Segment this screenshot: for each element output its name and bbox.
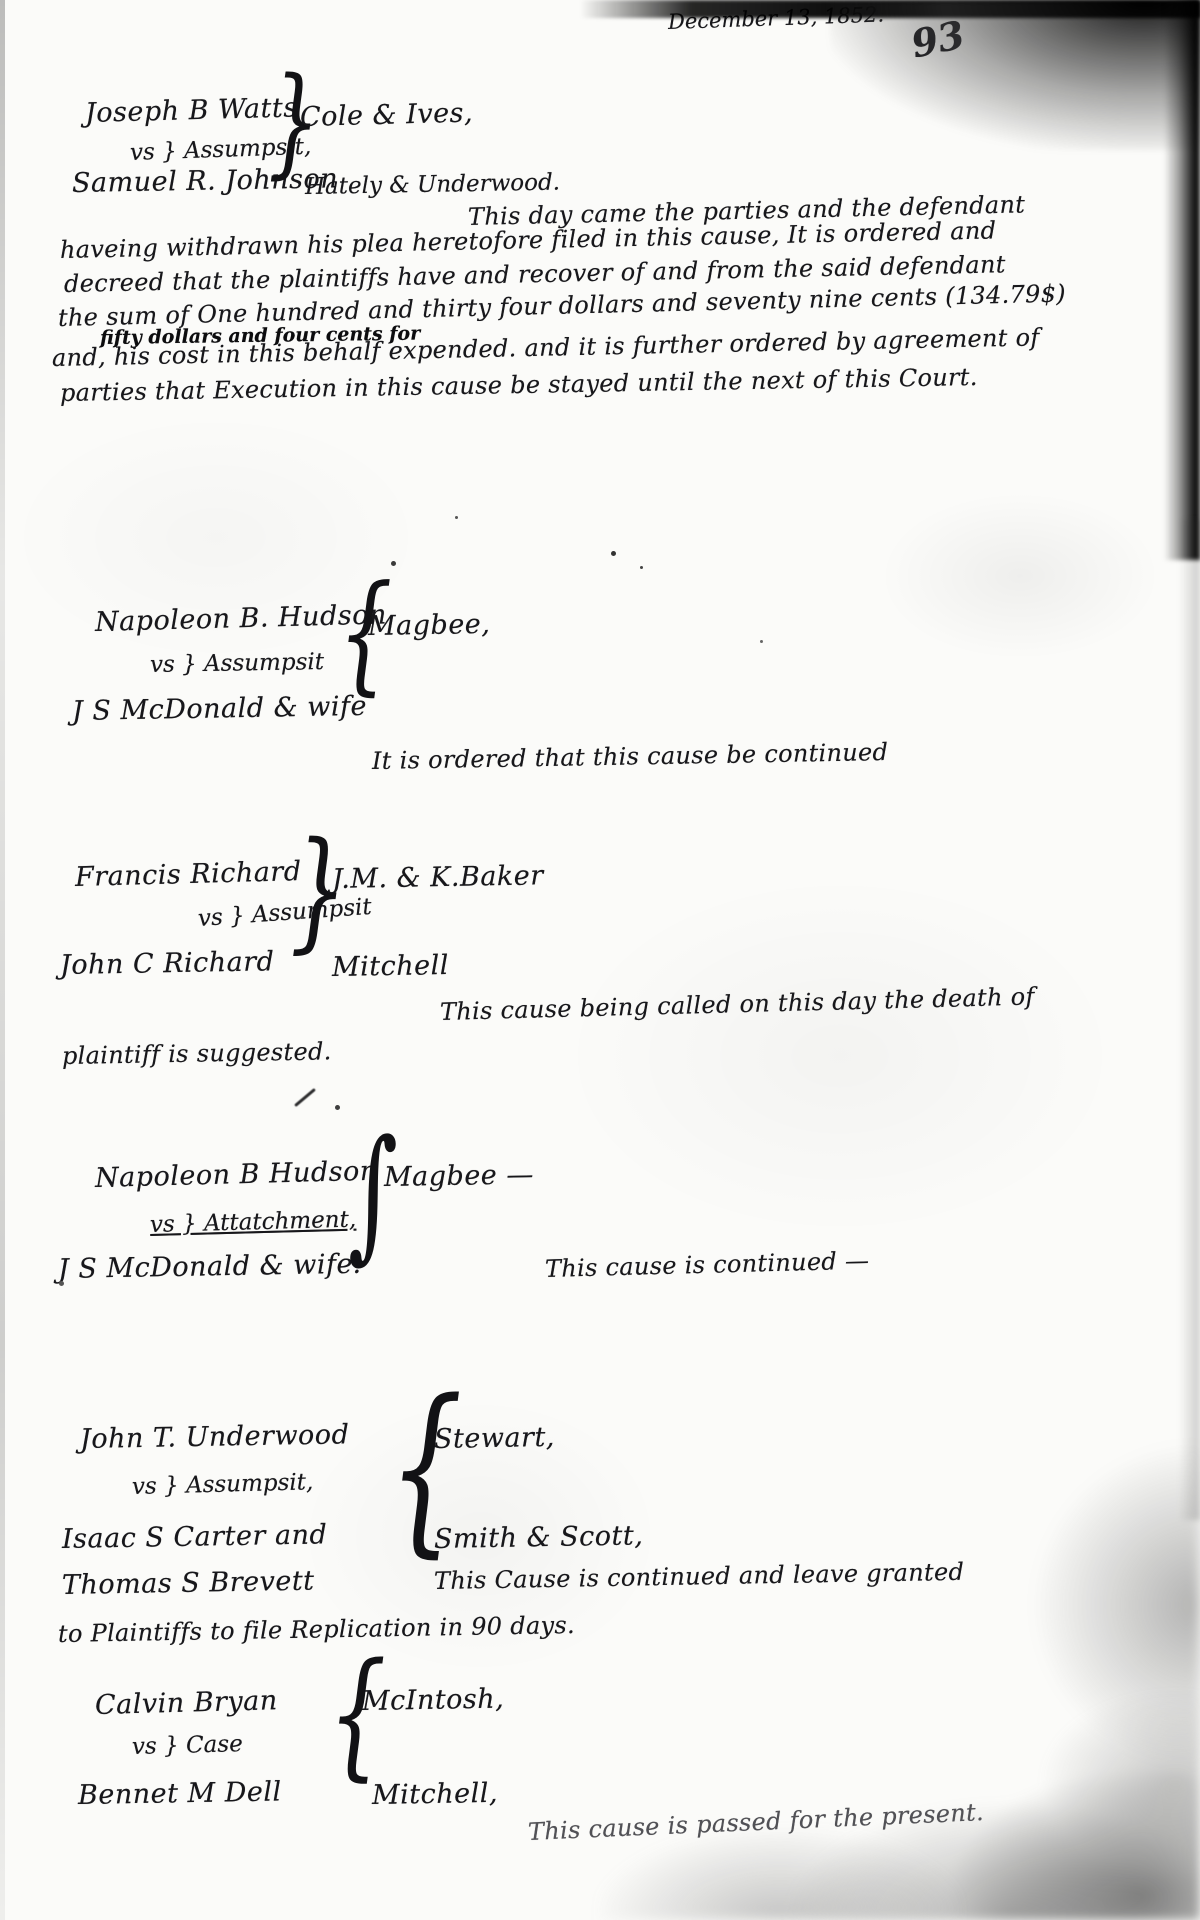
case-2-plaintiff-attorney: Magbee, <box>368 609 491 642</box>
stray-pen-mark <box>294 1088 316 1107</box>
case-4-defendant: J S McDonald & wife: <box>58 1249 363 1285</box>
case-6-order-line: This cause is passed for the present. <box>527 1798 984 1846</box>
case-1-plaintiff: Joseph B Watts <box>85 92 298 129</box>
case-4-party-brace: ∫ <box>348 1128 398 1258</box>
scan-bottom-right-stain <box>720 1610 1200 1920</box>
page-number: 93 <box>907 11 968 66</box>
case-5-defendant-attorney: Smith & Scott, <box>434 1520 644 1555</box>
case-2-defendant: J S McDonald & wife <box>72 691 367 727</box>
case-5-defendant: Isaac S Carter and <box>62 1519 328 1555</box>
case-5-defendant-2: Thomas S Brevett <box>62 1566 315 1601</box>
case-1-defendant-attorney: Hately & Underwood. <box>305 170 560 200</box>
date-line: December 13, 1852. <box>668 2 885 34</box>
case-5-plaintiff: John T. Underwood <box>80 1419 350 1455</box>
case-3-order-line: plaintiff is suggested. <box>62 1037 332 1070</box>
case-4-plaintiff-attorney: Magbee — <box>384 1159 534 1193</box>
case-2-versus-action: vs } Assumpsit <box>150 649 324 678</box>
case-6-versus-action: vs } Case <box>132 1731 243 1760</box>
case-3-defendant-attorney: Mitchell <box>332 950 449 983</box>
case-5-order-line: to Plaintiffs to file Replication in 90 … <box>58 1611 575 1648</box>
case-4-order-line: This cause is continued — <box>545 1247 870 1283</box>
case-2-order-line: It is ordered that this cause be continu… <box>372 738 889 775</box>
case-3-order-line: This cause being called on this day the … <box>440 982 1035 1026</box>
case-6-plaintiff: Calvin Bryan <box>95 1685 278 1721</box>
case-4-plaintiff: Napoleon B Hudson <box>95 1156 378 1194</box>
scan-right-faint-shadow <box>1174 520 1200 1520</box>
scan-corner-blotch <box>830 0 1200 150</box>
case-1-order-line: parties that Execution in this cause be … <box>60 363 978 407</box>
case-5-plaintiff-attorney: Stewart, <box>434 1422 555 1455</box>
case-6-plaintiff-attorney: McIntosh, <box>362 1684 505 1717</box>
case-4-versus-action: vs } Attatchment, <box>150 1207 357 1238</box>
case-3-plaintiff: Francis Richard <box>75 856 302 893</box>
scan-right-edge-shadow <box>1164 0 1200 560</box>
ink-specks <box>0 0 3 3</box>
case-5-order-line: This Cause is continued and leave grante… <box>434 1558 965 1595</box>
case-3-plaintiff-attorney: J.M. & K.Baker <box>332 860 544 895</box>
scanned-court-minutes-page: December 13, 1852. 93 Joseph B Watts vs … <box>0 0 1200 1920</box>
scan-mid-right-stain <box>1030 1440 1200 1770</box>
case-1-plaintiff-attorney: Cole & Ives, <box>300 97 474 133</box>
case-6-defendant-attorney: Mitchell, <box>372 1778 499 1811</box>
case-6-defendant: Bennet M Dell <box>78 1776 282 1811</box>
scan-left-edge-shadow <box>0 0 5 1920</box>
case-5-versus-action: vs } Assumpsit, <box>132 1469 314 1500</box>
scan-bottom-smudge <box>600 1830 960 1920</box>
case-3-defendant: John C Richard <box>60 946 275 981</box>
